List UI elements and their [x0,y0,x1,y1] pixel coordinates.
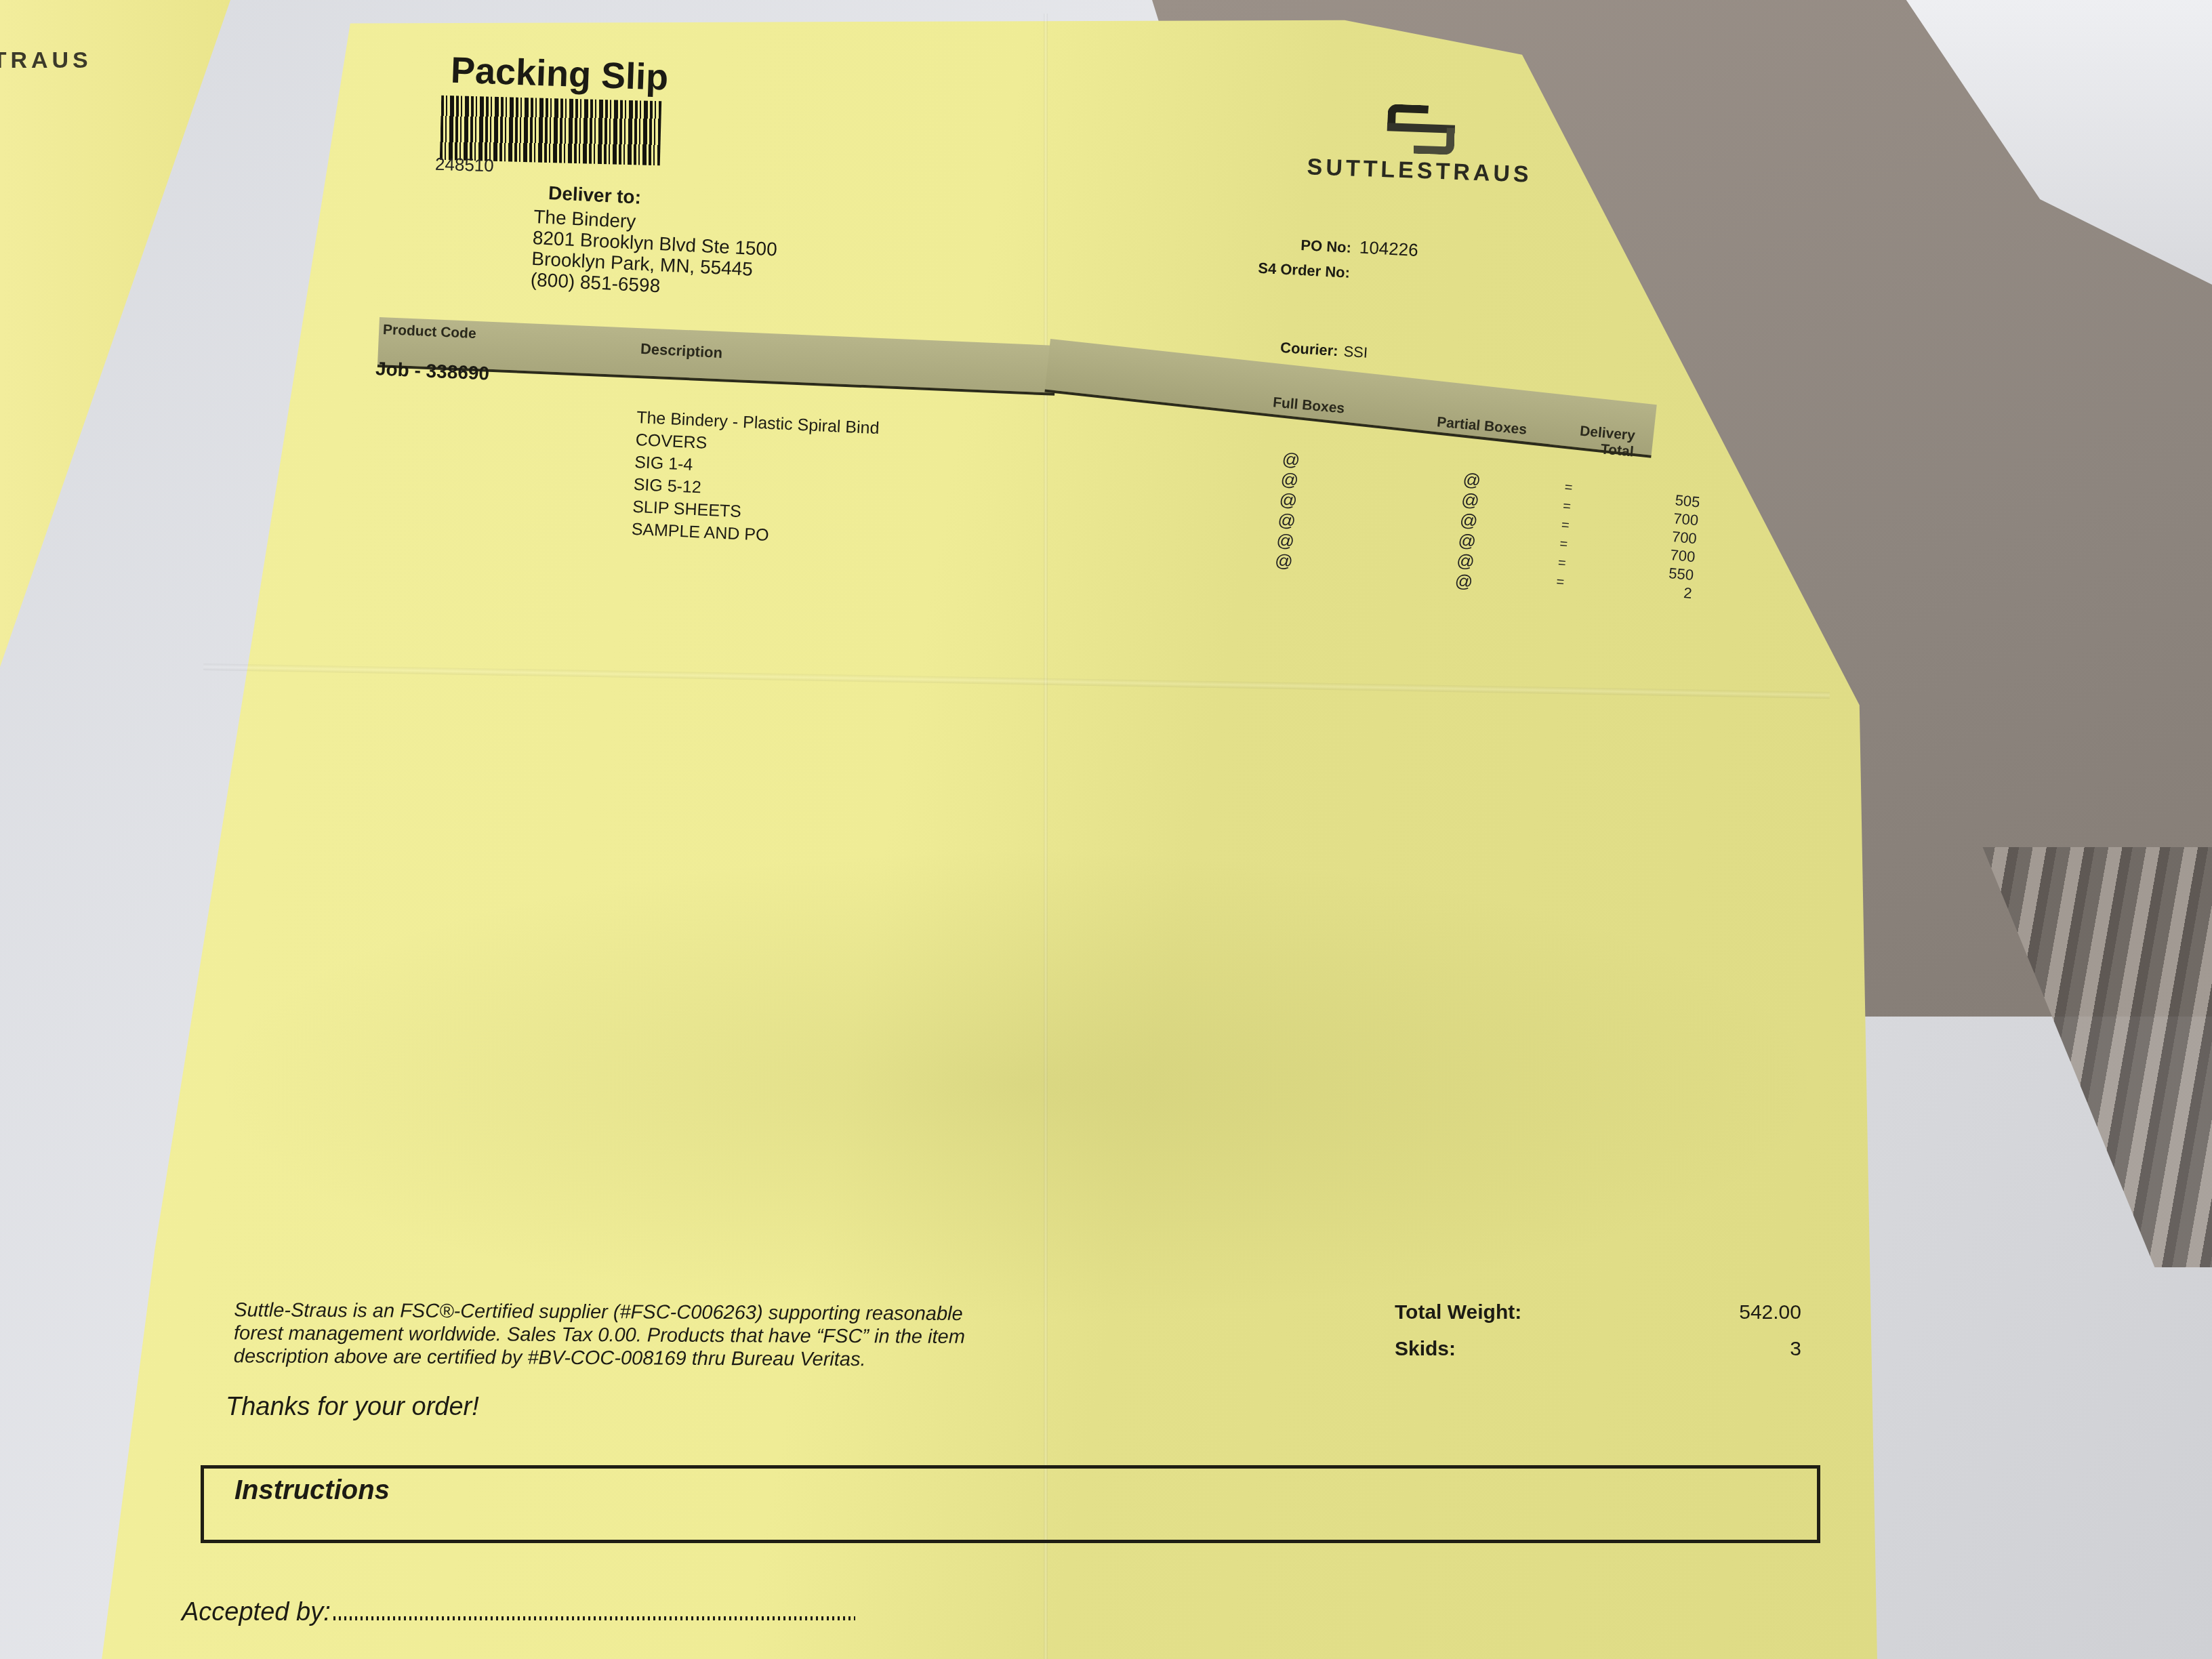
header-delivery-total: Delivery Total [1578,424,1636,461]
accepted-by-line: Accepted by: [182,1598,855,1627]
instructions-label: Instructions [234,1475,390,1506]
po-value: 104226 [1359,237,1418,260]
skids-value: 3 [1790,1338,1801,1361]
po-label: PO No: [1235,233,1351,257]
instructions-box: Instructions [201,1465,1820,1543]
document-title: Packing Slip [450,49,669,98]
skids-label: Skids: [1395,1338,1456,1361]
fsc-statement: Suttle-Straus is an FSC®-Certified suppl… [234,1298,1183,1372]
accepted-by-label: Accepted by: [182,1598,331,1627]
s4-order-label: S4 Order No: [1234,258,1350,282]
suttle-straus-logo-icon [1387,104,1456,155]
courier-label: Courier: [1279,339,1338,359]
delivery-total-column: 505 700 700 700 550 2 [1617,487,1701,602]
s4-order-value [1357,262,1359,282]
signature-dotted-line [333,1616,855,1620]
order-info: PO No:104226 S4 Order No: [1234,230,1418,290]
total-weight-value: 542.00 [1739,1301,1801,1324]
total-weight-label: Total Weight: [1395,1301,1521,1324]
background-brand-text: STRAUS [0,47,92,74]
brand-logo: SUTTLESTRAUS [1307,101,1534,188]
thanks-message: Thanks for your order! [226,1393,479,1422]
courier-value: SSI [1343,343,1368,361]
paper-shadow [203,847,1830,1322]
vertical-fold [1044,14,1048,1659]
barcode-number: 248510 [435,154,495,176]
deliver-to-block: Deliver to: The Bindery 8201 Brooklyn Bl… [530,182,780,302]
totals-block: Total Weight:542.00 Skids:3 [1395,1301,1801,1374]
background-yellow-sheet: STRAUS [0,0,230,745]
item-descriptions: The Bindery - Plastic Spiral Bind COVERS… [631,407,880,552]
